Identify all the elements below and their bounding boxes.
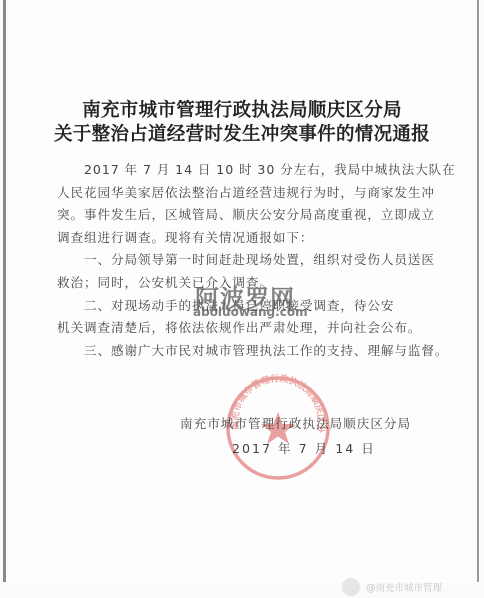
body-line: 2017 年 7 月 14 日 10 时 30 分左右，我局中城执法大队在	[57, 159, 437, 182]
body-line: 调查组进行调查。现将有关情况通报如下：	[57, 227, 437, 250]
document-body: 2017 年 7 月 14 日 10 时 30 分左右，我局中城执法大队在 人民…	[57, 159, 437, 362]
signature-org: 南充市城市管理行政执法局顺庆区分局	[180, 413, 484, 432]
weibo-avatar-icon	[342, 578, 360, 596]
footer-watermark-text: @南充市城市管理	[366, 580, 442, 594]
signature-date: 2017 年 7 月 14 日	[232, 438, 484, 457]
document-title-line2: 关于整治占道经营时发生冲突事件的情况通报	[0, 120, 484, 146]
body-line: 人民花园华美家居依法整治占道经营违规行为时，与商家发生冲	[57, 182, 437, 205]
body-line: 机关调查清楚后，将依法依规作出严肃处理，并向社会公布。	[57, 317, 437, 340]
body-line: 突。事件发生后，区城管局、顺庆公安分局高度重视，立即成立	[57, 204, 437, 227]
document-title-line1: 南充市城市管理行政执法局顺庆区分局	[0, 96, 484, 122]
body-line: 三、感谢广大市民对城市管理执法工作的支持、理解与监督。	[57, 340, 437, 363]
footer-watermark: @南充市城市管理	[342, 578, 442, 596]
body-line: 一、分局领导第一时间赶赴现场处置，组织对受伤人员送医	[57, 249, 437, 272]
site-watermark-en: aboluowang.com	[193, 305, 308, 319]
